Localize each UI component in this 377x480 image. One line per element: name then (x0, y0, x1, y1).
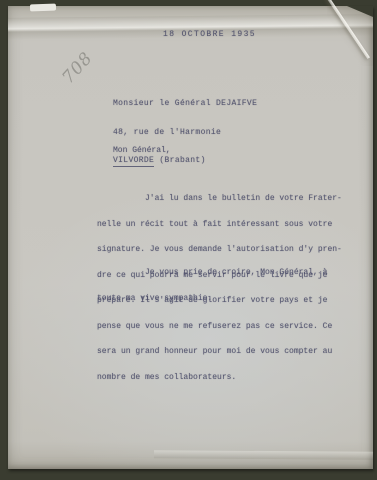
body-line: sera un grand honneur pour moi de vous c… (97, 348, 342, 357)
paper-edge-chip (30, 4, 56, 12)
recipient-street: 48, rue de l'Harmonie (113, 128, 257, 138)
recipient-block: Monsieur le Général DEJAIFVE 48, rue de … (113, 80, 257, 185)
recipient-city-line: VILVORDE (Brabant) (113, 156, 257, 166)
body-line: J'ai lu dans le bulletin de votre Frater… (97, 195, 342, 204)
salutation: Mon Général, (113, 147, 171, 156)
closing-paragraph: Je vous prie de croire, Mon Général, à t… (97, 252, 327, 320)
pencil-annotation: 708 (58, 48, 97, 88)
paper-crease-bottom (154, 450, 373, 460)
torn-corner-notch (347, 6, 373, 17)
recipient-name: Monsieur le Général DEJAIFVE (113, 99, 257, 109)
body-line: nelle un récit tout à fait intéressant s… (97, 221, 342, 230)
body-line: Je vous prie de croire, Mon Général, à (97, 269, 327, 278)
body-line: nombre de mes collaborateurs. (97, 374, 342, 383)
recipient-city: VILVORDE (113, 156, 154, 167)
body-line: pense que vous ne me refuserez pas ce se… (97, 323, 342, 332)
body-line: toute ma vive sympathie. (97, 295, 327, 304)
scan-background: { "letter": { "date": "18 OCTOBRE 1935",… (0, 0, 377, 480)
recipient-region: (Brabant) (154, 156, 206, 165)
letter-date: 18 OCTOBRE 1935 (163, 31, 256, 40)
letter-paper: 708 18 OCTOBRE 1935 Monsieur le Général … (8, 6, 373, 469)
